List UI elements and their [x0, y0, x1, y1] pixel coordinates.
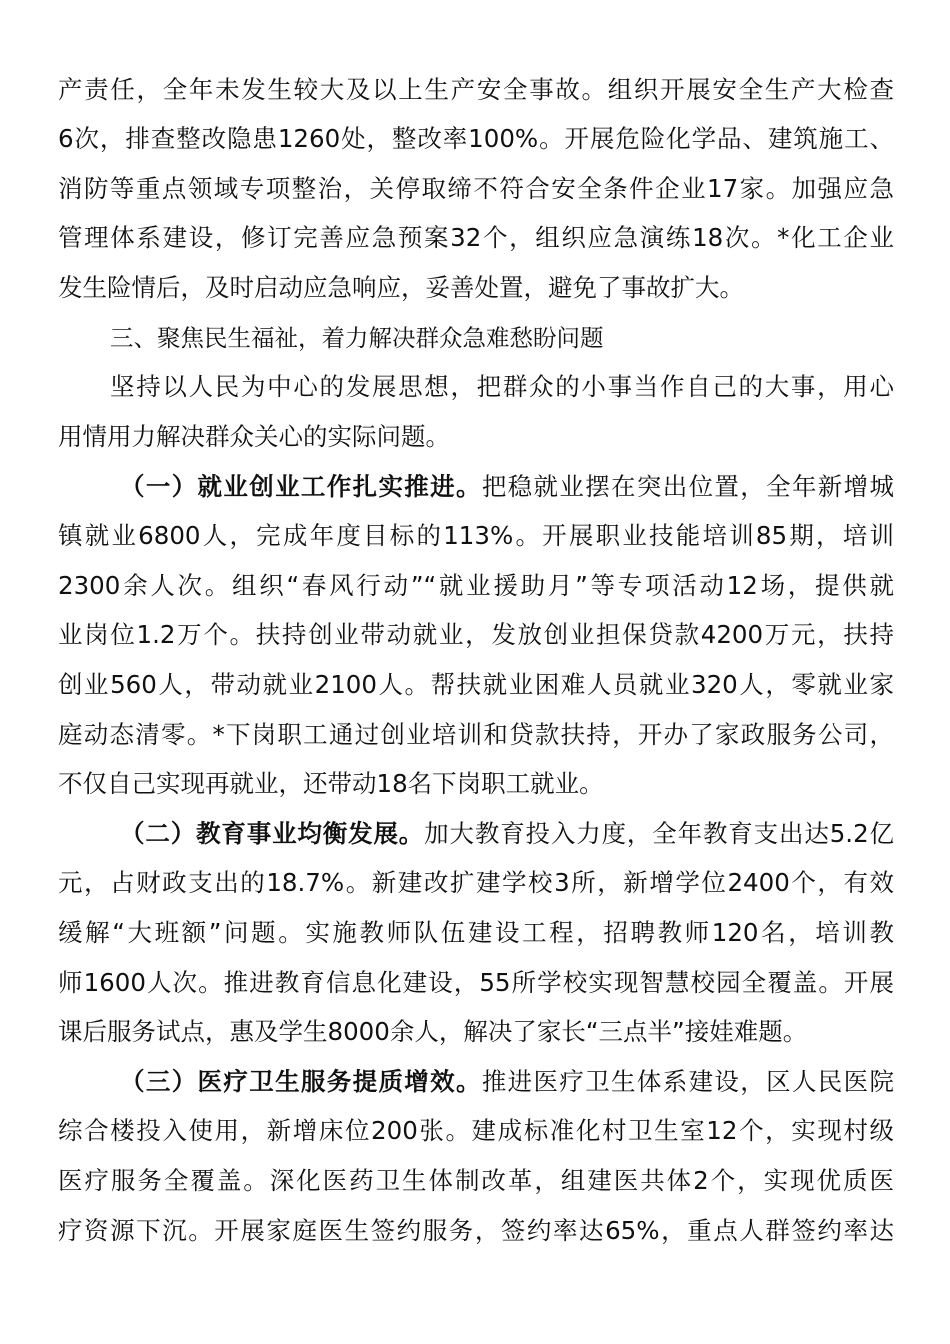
body-line: 综合楼投入使用，新增床位200张。建成标准化村卫生室12个，实现村级	[58, 1106, 894, 1156]
body-line: 消防等重点领域专项整治，关停取缔不符合安全条件企业17家。加强应急	[58, 164, 894, 214]
body-line: 业岗位1.2万个。扶持创业带动就业，发放创业担保贷款4200万元，扶持	[58, 610, 894, 660]
body-line: 缓解“大班额”问题。实施教师队伍建设工程，招聘教师120名，培训教	[58, 908, 894, 958]
body-line: 产责任，全年未发生较大及以上生产安全事故。组织开展安全生产大检查	[58, 65, 894, 115]
body-line: 发生险情后，及时启动应急响应，妥善处置，避免了事故扩大。	[58, 263, 894, 313]
subsection-first-line: （一）就业创业工作扎实推进。把稳就业摆在突出位置，全年新增城	[120, 462, 894, 512]
subsection-title: （一）就业创业工作扎实推进。	[120, 472, 482, 501]
body-line: 镇就业6800人，完成年度目标的113%。开展职业技能培训85期，培训	[58, 511, 894, 561]
subsection-text: 加大教育投入力度，全年教育支出达5.2亿	[424, 819, 894, 848]
intro-line: 坚持以人民为中心的发展思想，把群众的小事当作自己的大事，用心	[110, 362, 894, 412]
body-line: 疗资源下沉。开展家庭医生签约服务，签约率达65%，重点人群签约率达	[58, 1206, 894, 1256]
body-line: 师1600人次。推进教育信息化建设，55所学校实现智慧校园全覆盖。开展	[58, 958, 894, 1008]
subsection-text: 推进医疗卫生体系建设，区人民医院	[482, 1067, 894, 1096]
body-line: 创业560人，带动就业2100人。帮扶就业困难人员就业320人，零就业家	[58, 660, 894, 710]
subsection-title: （三）医疗卫生服务提质增效。	[120, 1067, 482, 1096]
body-line: 管理体系建设，修订完善应急预案32个，组织应急演练18次。*化工企业	[58, 213, 894, 263]
subsection-first-line: （二）教育事业均衡发展。加大教育投入力度，全年教育支出达5.2亿	[120, 809, 894, 859]
section-heading: 三、聚焦民生福祉，着力解决群众急难愁盼问题	[110, 313, 894, 363]
body-line: 医疗服务全覆盖。深化医药卫生体制改革，组建医共体2个，实现优质医	[58, 1156, 894, 1206]
body-line: 元，占财政支出的18.7%。新建改扩建学校3所，新增学位2400个，有效	[58, 858, 894, 908]
body-line: 不仅自己实现再就业，还带动18名下岗职工就业。	[58, 759, 894, 809]
subsection-text: 把稳就业摆在突出位置，全年新增城	[482, 472, 894, 501]
intro-line: 用情用力解决群众关心的实际问题。	[58, 412, 894, 462]
body-line: 2300余人次。组织“春风行动”“就业援助月”等专项活动12场，提供就	[58, 561, 894, 611]
subsection-title: （二）教育事业均衡发展。	[120, 819, 424, 848]
body-line: 课后服务试点，惠及学生8000余人，解决了家长“三点半”接娃难题。	[58, 1007, 894, 1057]
body-line: 庭动态清零。*下岗职工通过创业培训和贷款扶持，开办了家政服务公司，	[58, 710, 894, 760]
body-line: 6次，排查整改隐患1260处，整改率100%。开展危险化学品、建筑施工、	[58, 114, 894, 164]
document-page: 产责任，全年未发生较大及以上生产安全事故。组织开展安全生产大检查 6次，排查整改…	[0, 0, 950, 1344]
subsection-first-line: （三）医疗卫生服务提质增效。推进医疗卫生体系建设，区人民医院	[120, 1057, 894, 1107]
